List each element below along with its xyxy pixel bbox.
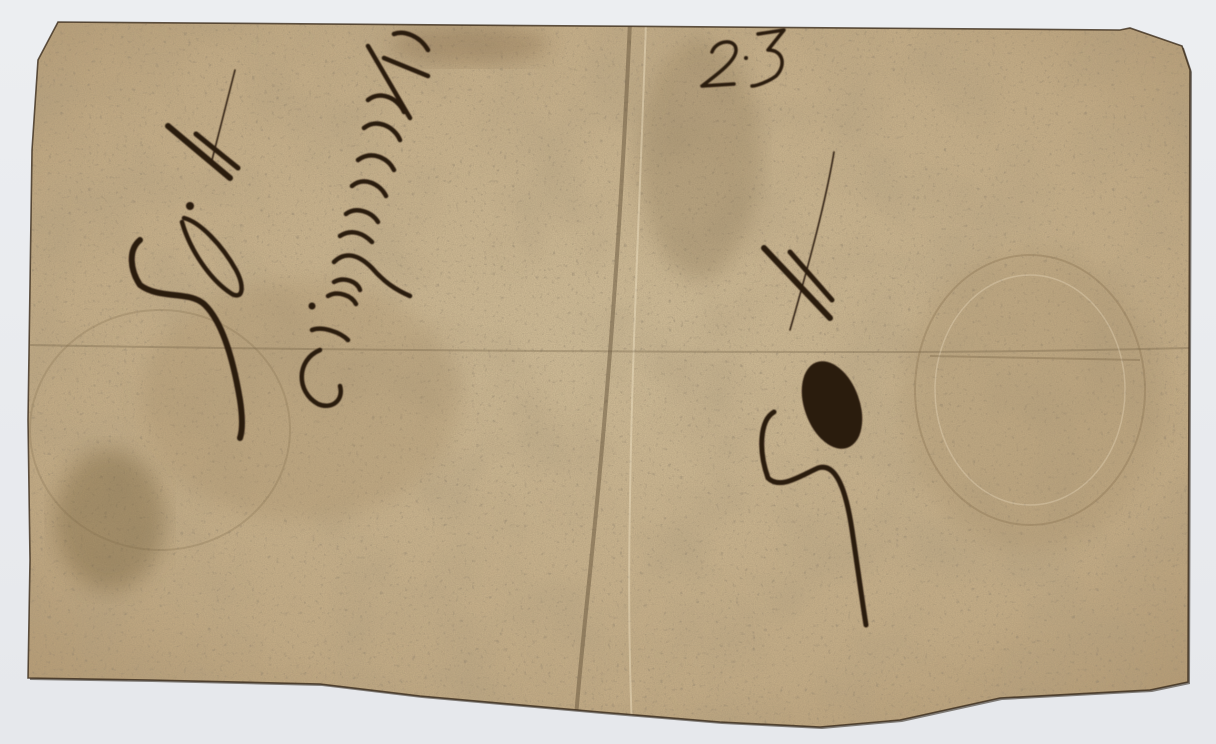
scan-background: 23 50 # Cinquante # 50: [0, 0, 1216, 744]
paper-note: 23 50 # Cinquante # 50: [0, 0, 1216, 744]
paper-sheet: [0, 0, 1216, 744]
